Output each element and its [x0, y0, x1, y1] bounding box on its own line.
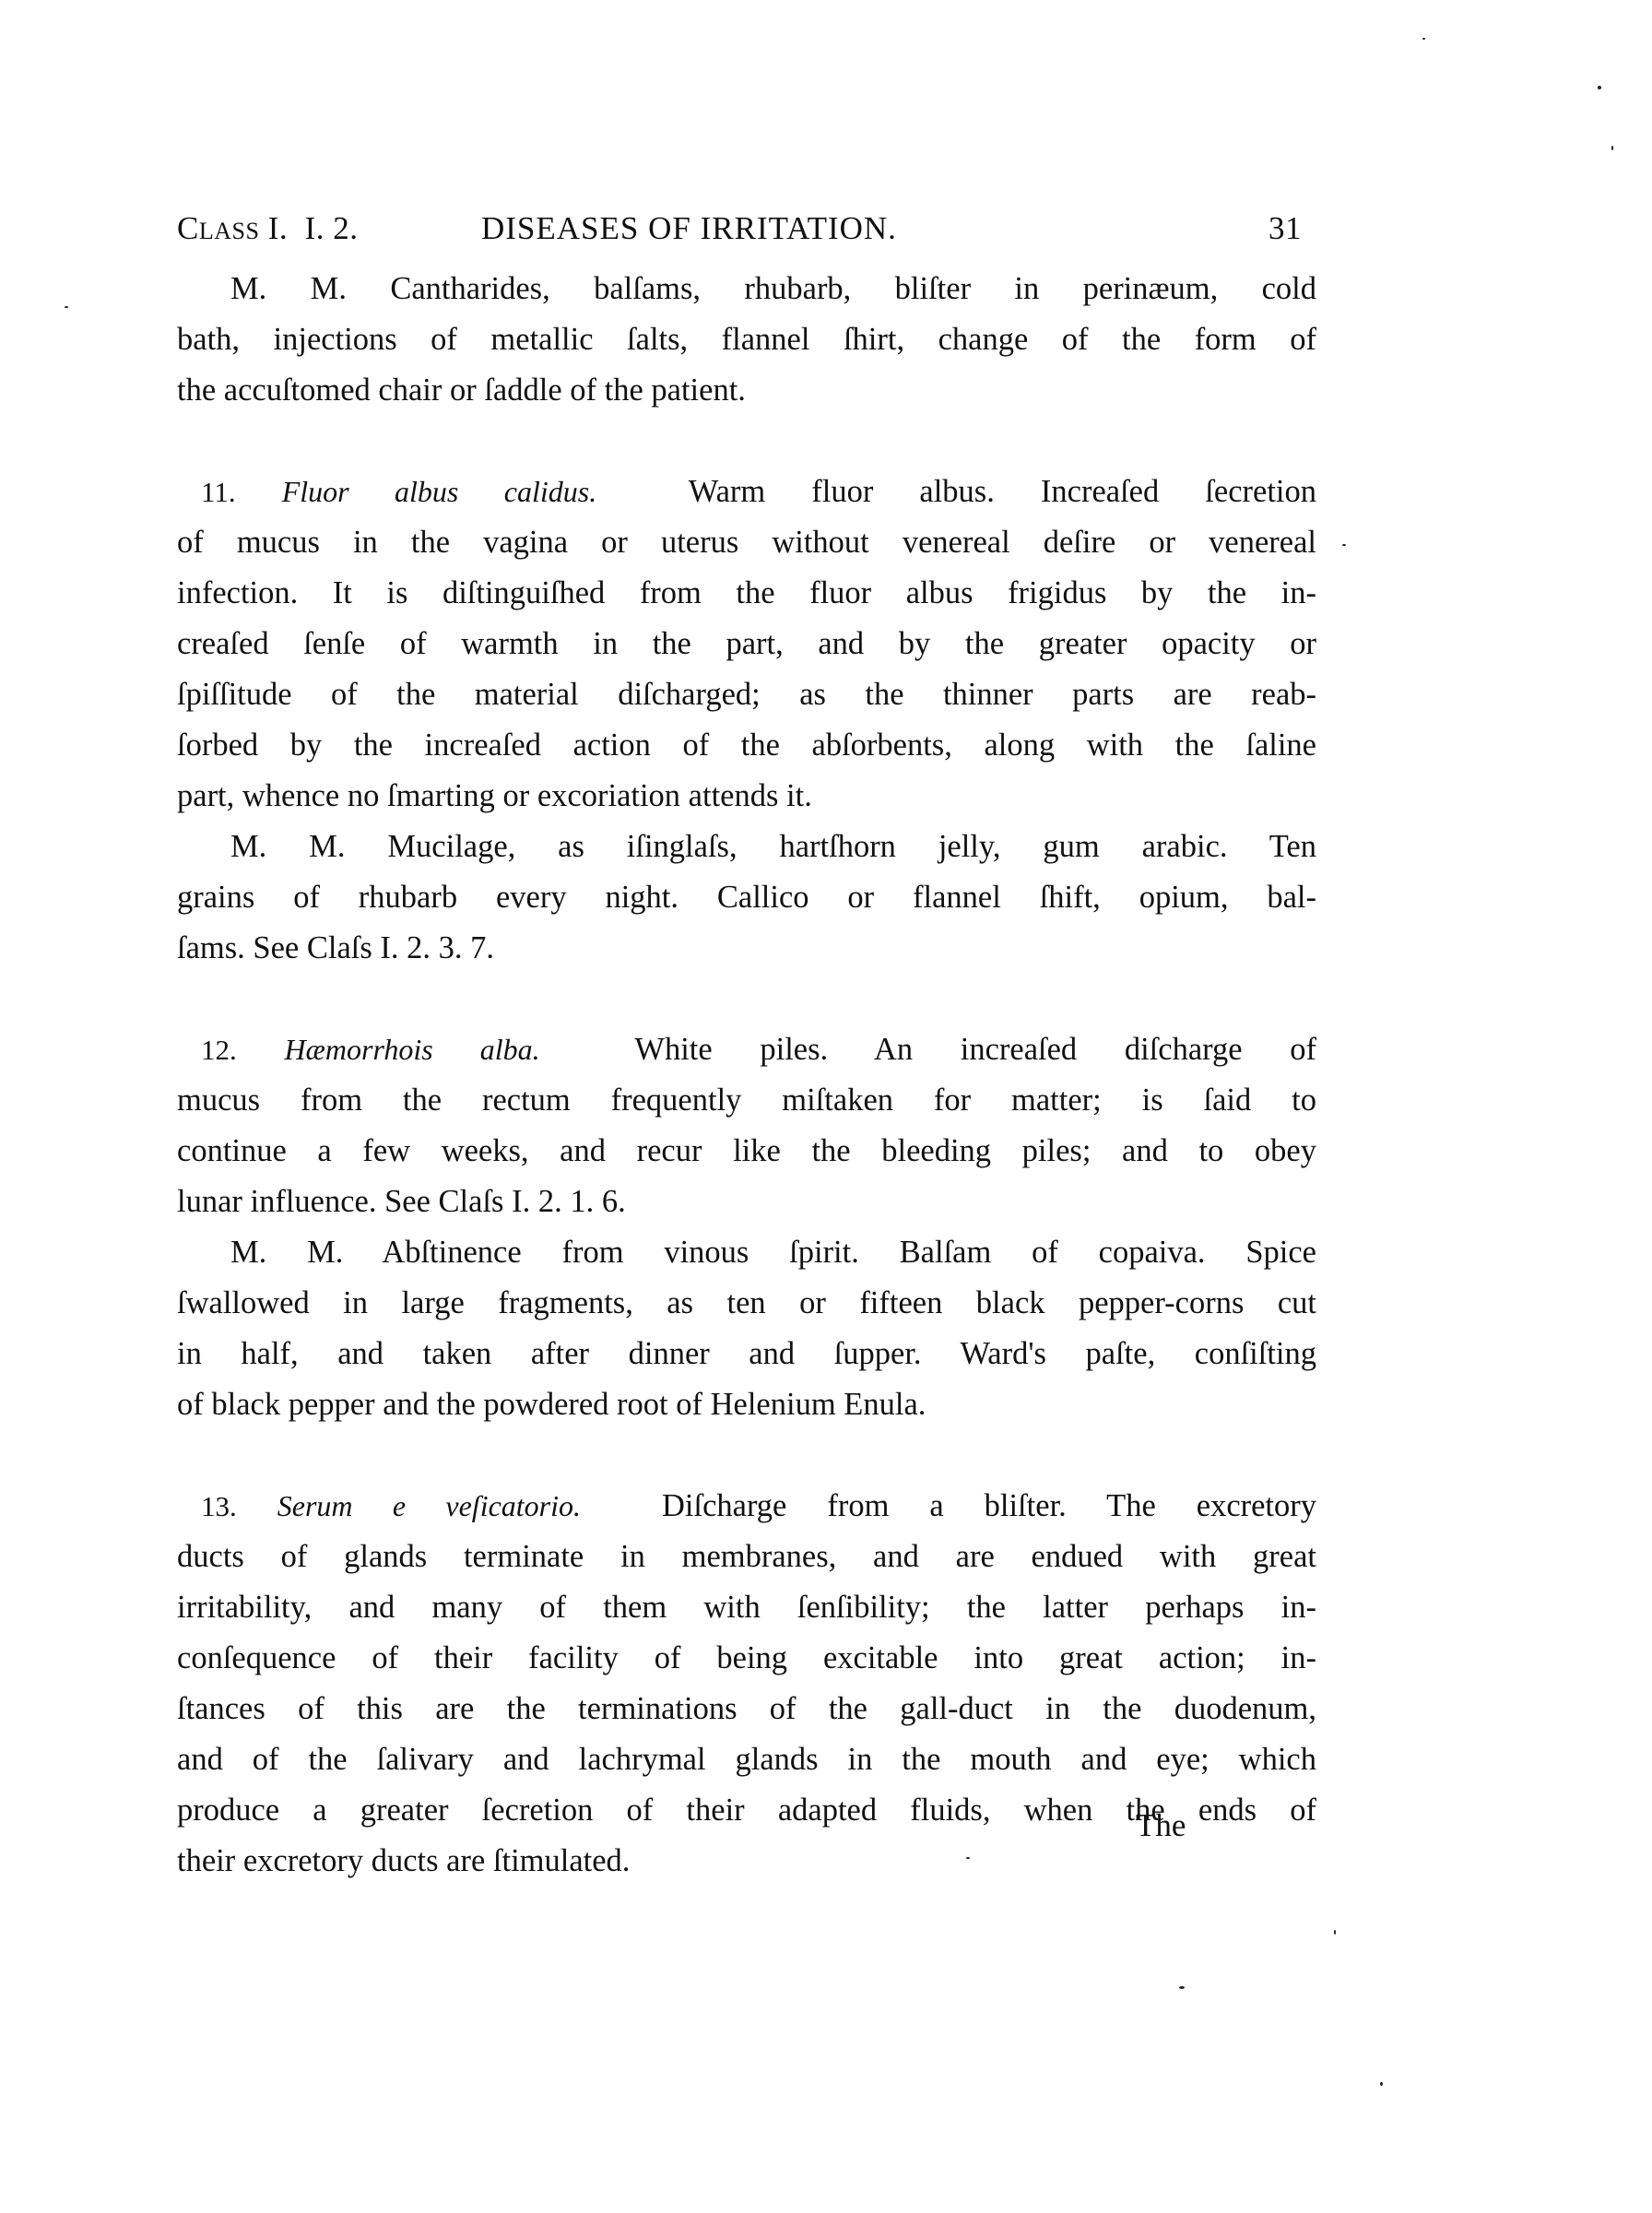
- text-line: conſequence of their facility of being e…: [177, 1633, 1316, 1684]
- class-prefix-cap: C: [177, 210, 199, 246]
- paragraph-spacer: [177, 1430, 1316, 1481]
- text-line: of mucus in the vagina or uterus without…: [177, 517, 1316, 568]
- scan-speck: [966, 1857, 970, 1859]
- scan-speck: [1611, 146, 1613, 150]
- entry-heading-line: 11. Fluor albus calidus. Warm fluor albu…: [177, 467, 1316, 517]
- disease-entry-12: 12. Hæmorrhois alba. White piles. An inc…: [177, 1024, 1316, 1227]
- text-line: of black pepper and the powdered root of…: [177, 1379, 1316, 1430]
- entry-text: Diſcharge from a bliſter. The excretory: [662, 1488, 1316, 1523]
- section-number: I. 2.: [305, 210, 359, 246]
- materia-medica-paragraph: M. M. Abſtinence from vinous ſpirit. Bal…: [177, 1227, 1316, 1430]
- entry-text: White piles. An increaſed diſcharge of: [634, 1032, 1316, 1067]
- catchword: The: [1136, 1807, 1186, 1844]
- latin-name: Serum e veſicatorio.: [277, 1489, 581, 1522]
- class-prefix-small: LASS: [199, 218, 260, 244]
- text-line: ſwallowed in large fragments, as ten or …: [177, 1278, 1316, 1329]
- text-line: continue a few weeks, and recur like the…: [177, 1126, 1316, 1177]
- scan-speck: [1380, 2082, 1383, 2086]
- paragraph-spacer: [177, 974, 1316, 1024]
- text-line: the accuſtomed chair or ſaddle of the pa…: [177, 365, 1316, 416]
- scan-speck: [1598, 86, 1601, 89]
- entry-number: 11.: [201, 476, 236, 508]
- materia-medica-paragraph: M. M. Cantharides, balſams, rhubarb, bli…: [177, 264, 1316, 416]
- scan-speck: [65, 306, 68, 308]
- book-page: CLASS I. I. 2. DISEASES OF IRRITATION. 3…: [177, 205, 1316, 1887]
- scan-speck: [1342, 544, 1346, 546]
- text-line: infection. It is diſtinguiſhed from the …: [177, 568, 1316, 619]
- entry-text: Warm fluor albus. Increaſed ſecretion: [689, 474, 1316, 509]
- entry-number: 13.: [201, 1490, 237, 1522]
- scan-speck: [1179, 1986, 1185, 1989]
- class-label: CLASS I. I. 2.: [177, 210, 359, 247]
- text-line: mucus from the rectum frequently miſtake…: [177, 1075, 1316, 1126]
- text-line: creaſed ſenſe of warmth in the part, and…: [177, 619, 1316, 669]
- latin-name: Hæmorrhois alba.: [284, 1033, 539, 1066]
- entry-number: 12.: [201, 1034, 237, 1066]
- scan-speck: [1334, 1930, 1336, 1935]
- latin-name: Fluor albus calidus.: [282, 475, 597, 508]
- page-number: 31: [1268, 210, 1302, 247]
- entry-heading-line: 12. Hæmorrhois alba. White piles. An inc…: [177, 1024, 1316, 1075]
- text-line: ſtances of this are the terminations of …: [177, 1684, 1316, 1734]
- paragraph-spacer: [177, 416, 1316, 467]
- text-line: irritability, and many of them with ſenſ…: [177, 1582, 1316, 1633]
- text-line: M. M. Abſtinence from vinous ſpirit. Bal…: [177, 1227, 1316, 1278]
- scan-speck: [1422, 38, 1425, 40]
- text-line: lunar influence. See Claſs I. 2. 1. 6.: [177, 1177, 1316, 1227]
- text-line: bath, injections of metallic ſalts, flan…: [177, 314, 1316, 365]
- running-head: CLASS I. I. 2. DISEASES OF IRRITATION. 3…: [177, 205, 1316, 264]
- text-line: ſpiſſitude of the material diſcharged; a…: [177, 669, 1316, 720]
- text-line: M. M. Mucilage, as iſinglaſs, hartſhorn …: [177, 822, 1316, 872]
- text-line: ducts of glands terminate in membranes, …: [177, 1532, 1316, 1582]
- page-title: DISEASES OF IRRITATION.: [481, 210, 897, 247]
- body-text: M. M. Cantharides, balſams, rhubarb, bli…: [177, 264, 1316, 1887]
- text-line: and of the ſalivary and lachrymal glands…: [177, 1734, 1316, 1785]
- text-line: grains of rhubarb every night. Callico o…: [177, 872, 1316, 923]
- disease-entry-11: 11. Fluor albus calidus. Warm fluor albu…: [177, 467, 1316, 822]
- entry-heading-line: 13. Serum e veſicatorio. Diſcharge from …: [177, 1481, 1316, 1532]
- text-line: ſams. See Claſs I. 2. 3. 7.: [177, 923, 1316, 974]
- text-line: part, whence no ſmarting or excoriation …: [177, 771, 1316, 822]
- text-line: M. M. Cantharides, balſams, rhubarb, bli…: [177, 264, 1316, 314]
- text-line: ſorbed by the increaſed action of the ab…: [177, 720, 1316, 771]
- class-numeral: I.: [268, 210, 288, 246]
- text-line: in half, and taken after dinner and ſupp…: [177, 1329, 1316, 1379]
- materia-medica-paragraph: M. M. Mucilage, as iſinglaſs, hartſhorn …: [177, 822, 1316, 974]
